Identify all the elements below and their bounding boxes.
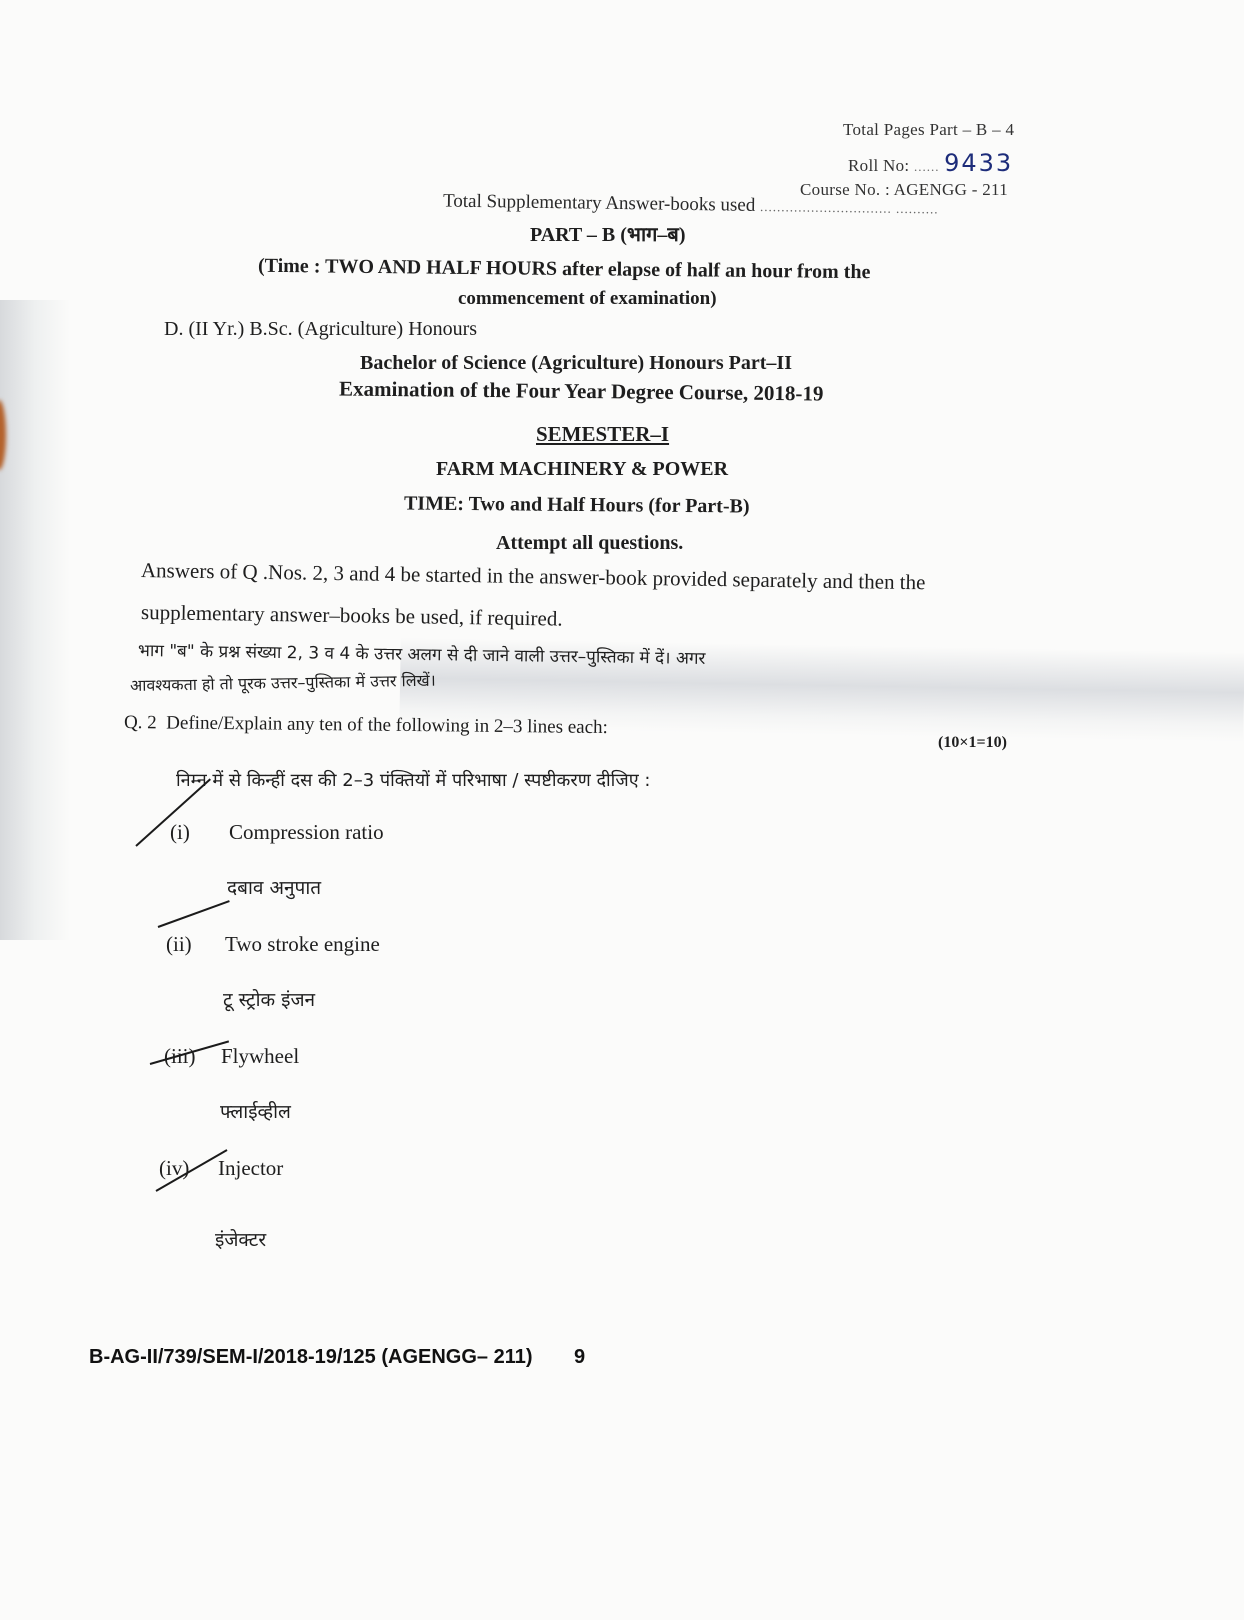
question-text: Define/Explain any ten of the following … bbox=[166, 712, 608, 738]
item-ii-english: Two stroke engine bbox=[225, 932, 380, 957]
instruction-english-line2: supplementary answer–books be used, if r… bbox=[141, 600, 563, 632]
page-edge-shadow bbox=[0, 300, 70, 940]
question-hindi-text: निम्न में से किन्हीं दस की 2–3 पंक्तियों… bbox=[176, 768, 650, 792]
roll-no-dots: ...... bbox=[914, 159, 940, 174]
programme-full-line2: Examination of the Four Year Degree Cour… bbox=[339, 376, 824, 406]
roll-no: Roll No: ...... 9433 bbox=[848, 149, 1013, 177]
supplementary-label: Total Supplementary Answer-books used bbox=[443, 191, 756, 216]
question-number: Q. 2 bbox=[124, 712, 157, 733]
time-part-b: TIME: Two and Half Hours (for Part-B) bbox=[404, 492, 750, 518]
item-iii-english: Flywheel bbox=[221, 1044, 299, 1069]
roll-no-value: 9433 bbox=[944, 149, 1013, 177]
footer-page-number: 9 bbox=[574, 1346, 585, 1369]
programme-short: D. (II Yr.) B.Sc. (Agriculture) Honours bbox=[164, 318, 477, 341]
item-iv-number: (iv) bbox=[159, 1156, 189, 1181]
footer-paper-code: B-AG-II/739/SEM-I/2018-19/125 (AGENGG– 2… bbox=[89, 1346, 533, 1369]
item-ii-number: (ii) bbox=[166, 932, 192, 957]
supplementary-dots: ............................... ........… bbox=[760, 199, 939, 216]
programme-full-line1: Bachelor of Science (Agriculture) Honour… bbox=[360, 352, 792, 375]
tick-mark-icon bbox=[158, 900, 230, 928]
subject-heading: FARM MACHINERY & POWER bbox=[436, 458, 728, 481]
roll-no-label: Roll No: bbox=[848, 156, 909, 175]
attempt-all: Attempt all questions. bbox=[496, 532, 683, 555]
semester-heading: SEMESTER–I bbox=[536, 422, 669, 447]
total-pages: Total Pages Part – B – 4 bbox=[843, 120, 1014, 140]
question-marks: (10×1=10) bbox=[938, 734, 1007, 752]
part-heading: PART – B (भाग–ब) bbox=[530, 220, 685, 247]
item-ii-hindi: टू स्ट्रोक इंजन bbox=[223, 986, 315, 1012]
item-iii-hindi: फ्लाईव्हील bbox=[220, 1098, 291, 1124]
item-iv-english: Injector bbox=[218, 1156, 283, 1181]
question-2: Q. 2 Define/Explain any ten of the follo… bbox=[124, 712, 608, 739]
item-i-hindi: दबाव अनुपात bbox=[227, 874, 321, 900]
item-iv-hindi: इंजेक्टर bbox=[215, 1226, 266, 1252]
item-i-english: Compression ratio bbox=[229, 820, 384, 845]
time-note-line1: (Time : TWO AND HALF HOURS after elapse … bbox=[258, 255, 871, 284]
instruction-hindi-line2: आवश्यकता हो तो पूरक उत्तर–पुस्तिका में उ… bbox=[130, 669, 436, 696]
instruction-english-line1: Answers of Q .Nos. 2, 3 and 4 be started… bbox=[141, 558, 926, 595]
time-note-line2: commencement of examination) bbox=[458, 288, 717, 310]
item-i-number: (i) bbox=[170, 820, 190, 845]
